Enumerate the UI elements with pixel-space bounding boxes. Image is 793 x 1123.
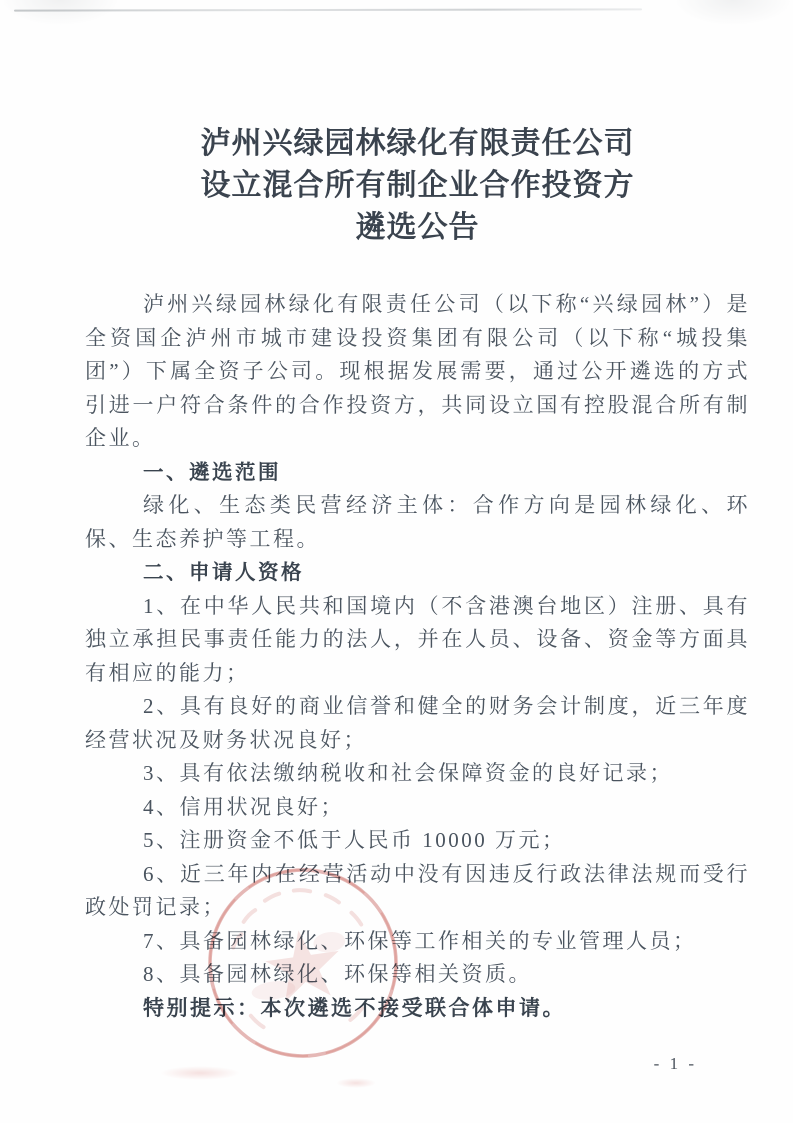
- section-1-paragraph: 绿化、生态类民营经济主体：合作方向是园林绿化、环保、生态养护等工程。: [85, 489, 750, 556]
- qualification-item-2: 2、具有良好的商业信誉和健全的财务会计制度，近三年度经营状况及财务状况良好；: [85, 690, 750, 757]
- ink-smudge: [336, 1078, 376, 1088]
- title-line-2: 设立混合所有制企业合作投资方: [85, 165, 750, 207]
- document-title: 泸州兴绿园林绿化有限责任公司 设立混合所有制企业合作投资方 遴选公告: [85, 123, 750, 249]
- special-note: 特别提示：本次遴选不接受联合体申请。: [85, 992, 750, 1026]
- ink-smudge: [160, 1066, 240, 1080]
- intro-paragraph: 泸州兴绿园林绿化有限责任公司（以下称“兴绿园林”）是全资国企泸州市城市建设投资集…: [85, 288, 750, 456]
- qualification-item-7: 7、具备园林绿化、环保等工作相关的专业管理人员；: [85, 925, 750, 959]
- title-line-1: 泸州兴绿园林绿化有限责任公司: [85, 123, 750, 165]
- title-line-3: 遴选公告: [85, 207, 750, 249]
- qualification-item-3: 3、具有依法缴纳税收和社会保障资金的良好记录；: [85, 757, 750, 791]
- document-page: 泸州兴绿园林绿化有限责任公司 设立混合所有制企业合作投资方 遴选公告 泸州兴绿园…: [0, 0, 793, 1123]
- qualification-item-5: 5、注册资金不低于人民币 10000 万元；: [85, 824, 750, 858]
- qualification-item-6: 6、近三年内在经营活动中没有因违反行政法律法规而受行政处罚记录；: [85, 858, 750, 925]
- section-heading-2: 二、申请人资格: [85, 556, 750, 590]
- qualification-item-8: 8、具备园林绿化、环保等相关资质。: [85, 958, 750, 992]
- page-number: - 1 -: [654, 1054, 697, 1074]
- qualification-item-1: 1、在中华人民共和国境内（不含港澳台地区）注册、具有独立承担民事责任能力的法人，…: [85, 590, 750, 691]
- qualification-item-4: 4、信用状况良好；: [85, 791, 750, 825]
- section-heading-1: 一、遴选范围: [85, 456, 750, 490]
- document-content: 泸州兴绿园林绿化有限责任公司 设立混合所有制企业合作投资方 遴选公告 泸州兴绿园…: [85, 0, 750, 1025]
